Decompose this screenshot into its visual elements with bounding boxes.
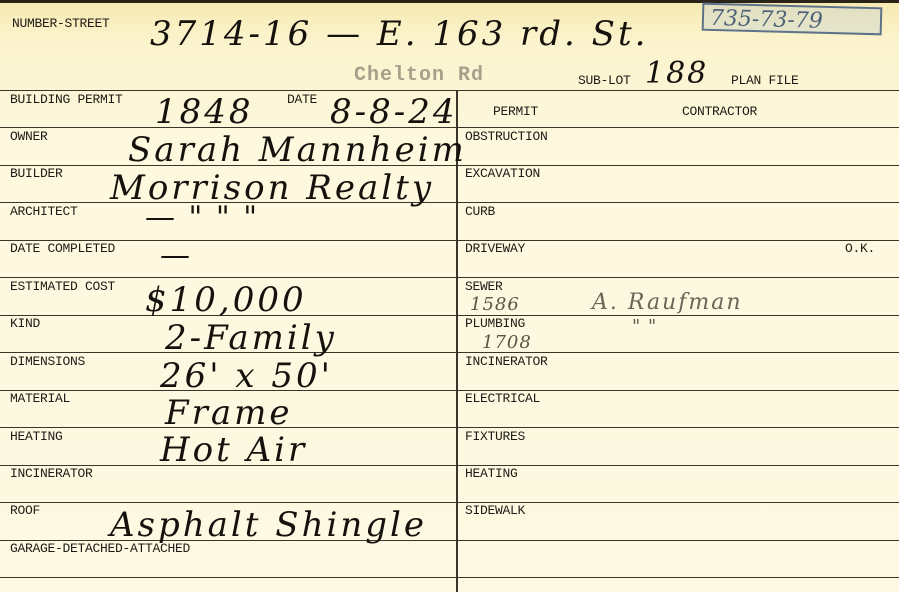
permit-label-fixtures: FIXTURES [465, 429, 525, 444]
rule [0, 240, 899, 241]
rule [0, 427, 899, 428]
rule [0, 502, 899, 503]
field-label-builder: BUILDER [10, 166, 63, 181]
field-label-building-permit: BUILDING PERMIT [10, 92, 123, 107]
permit-card: 735-73-79 NUMBER-STREET 3714-16 — E. 163… [0, 0, 899, 592]
field-label-kind: KIND [10, 316, 40, 331]
permit-column-header: PERMIT [493, 104, 538, 119]
rule [0, 277, 899, 278]
rule [0, 465, 899, 466]
permit-label-electrical: ELECTRICAL [465, 391, 540, 406]
field-label-date-completed: DATE COMPLETED [10, 241, 115, 256]
permit-label-plumbing: PLUMBING [465, 316, 525, 331]
field-label-dimensions: DIMENSIONS [10, 354, 85, 369]
number-street-value: 3714-16 — E. 163 rd. St. [150, 14, 648, 54]
estimated-cost-value: $10,000 [145, 280, 307, 320]
heating-value: Hot Air [160, 430, 307, 470]
roof-value: Asphalt Shingle [110, 505, 427, 545]
field-label-incinerator: INCINERATOR [10, 466, 93, 481]
permit-label-sidewalk: SIDEWALK [465, 503, 525, 518]
permit-label-driveway: DRIVEWAY [465, 241, 525, 256]
number-street-label: NUMBER-STREET [12, 16, 110, 31]
contractor-column-header: CONTRACTOR [682, 104, 757, 119]
kind-value: 2-Family [165, 318, 337, 358]
rule [0, 390, 899, 391]
rule [0, 315, 899, 316]
permit-label-obstruction: OBSTRUCTION [465, 129, 548, 144]
permit-label-excavation: EXCAVATION [465, 166, 540, 181]
permit-label-incinerator: INCINERATOR [465, 354, 548, 369]
driveway-note: O.K. [845, 241, 875, 256]
plumbing-contractor: " " [632, 316, 657, 337]
building-permit-value: 1848 [155, 92, 254, 132]
date-value: 8-8-24 [330, 92, 458, 132]
sub-lot-label: SUB-LOT [578, 73, 631, 88]
card-top-edge [0, 0, 899, 3]
file-number-stamp: 735-73-79 [702, 3, 883, 36]
plumbing-permit-number: 1708 [482, 332, 532, 353]
owner-value: Sarah Mannheim [128, 130, 467, 170]
material-value: Frame [165, 393, 292, 433]
permit-label-curb: CURB [465, 204, 495, 219]
permit-label-sewer: SEWER [465, 279, 503, 294]
field-label-material: MATERIAL [10, 391, 70, 406]
plan-file-label: PLAN FILE [731, 73, 799, 88]
stamped-street-name: Chelton Rd [354, 64, 484, 87]
date-label: DATE [287, 92, 317, 107]
field-label-owner: OWNER [10, 129, 48, 144]
field-label-heating: HEATING [10, 429, 63, 444]
rule [0, 577, 899, 578]
sewer-contractor: A. Raufman [592, 290, 743, 315]
architect-value: — " " " [145, 200, 259, 235]
field-label-roof: ROOF [10, 503, 40, 518]
field-label-estimated-cost: ESTIMATED COST [10, 279, 115, 294]
permit-label-heating: HEATING [465, 466, 518, 481]
sub-lot-value: 188 [645, 56, 708, 91]
date-completed-value: — [160, 238, 192, 273]
dimensions-value: 26' x 50' [160, 356, 333, 396]
rule [0, 90, 899, 91]
rule [0, 352, 899, 353]
sewer-permit-number: 1586 [470, 294, 520, 315]
field-label-architect: ARCHITECT [10, 204, 78, 219]
